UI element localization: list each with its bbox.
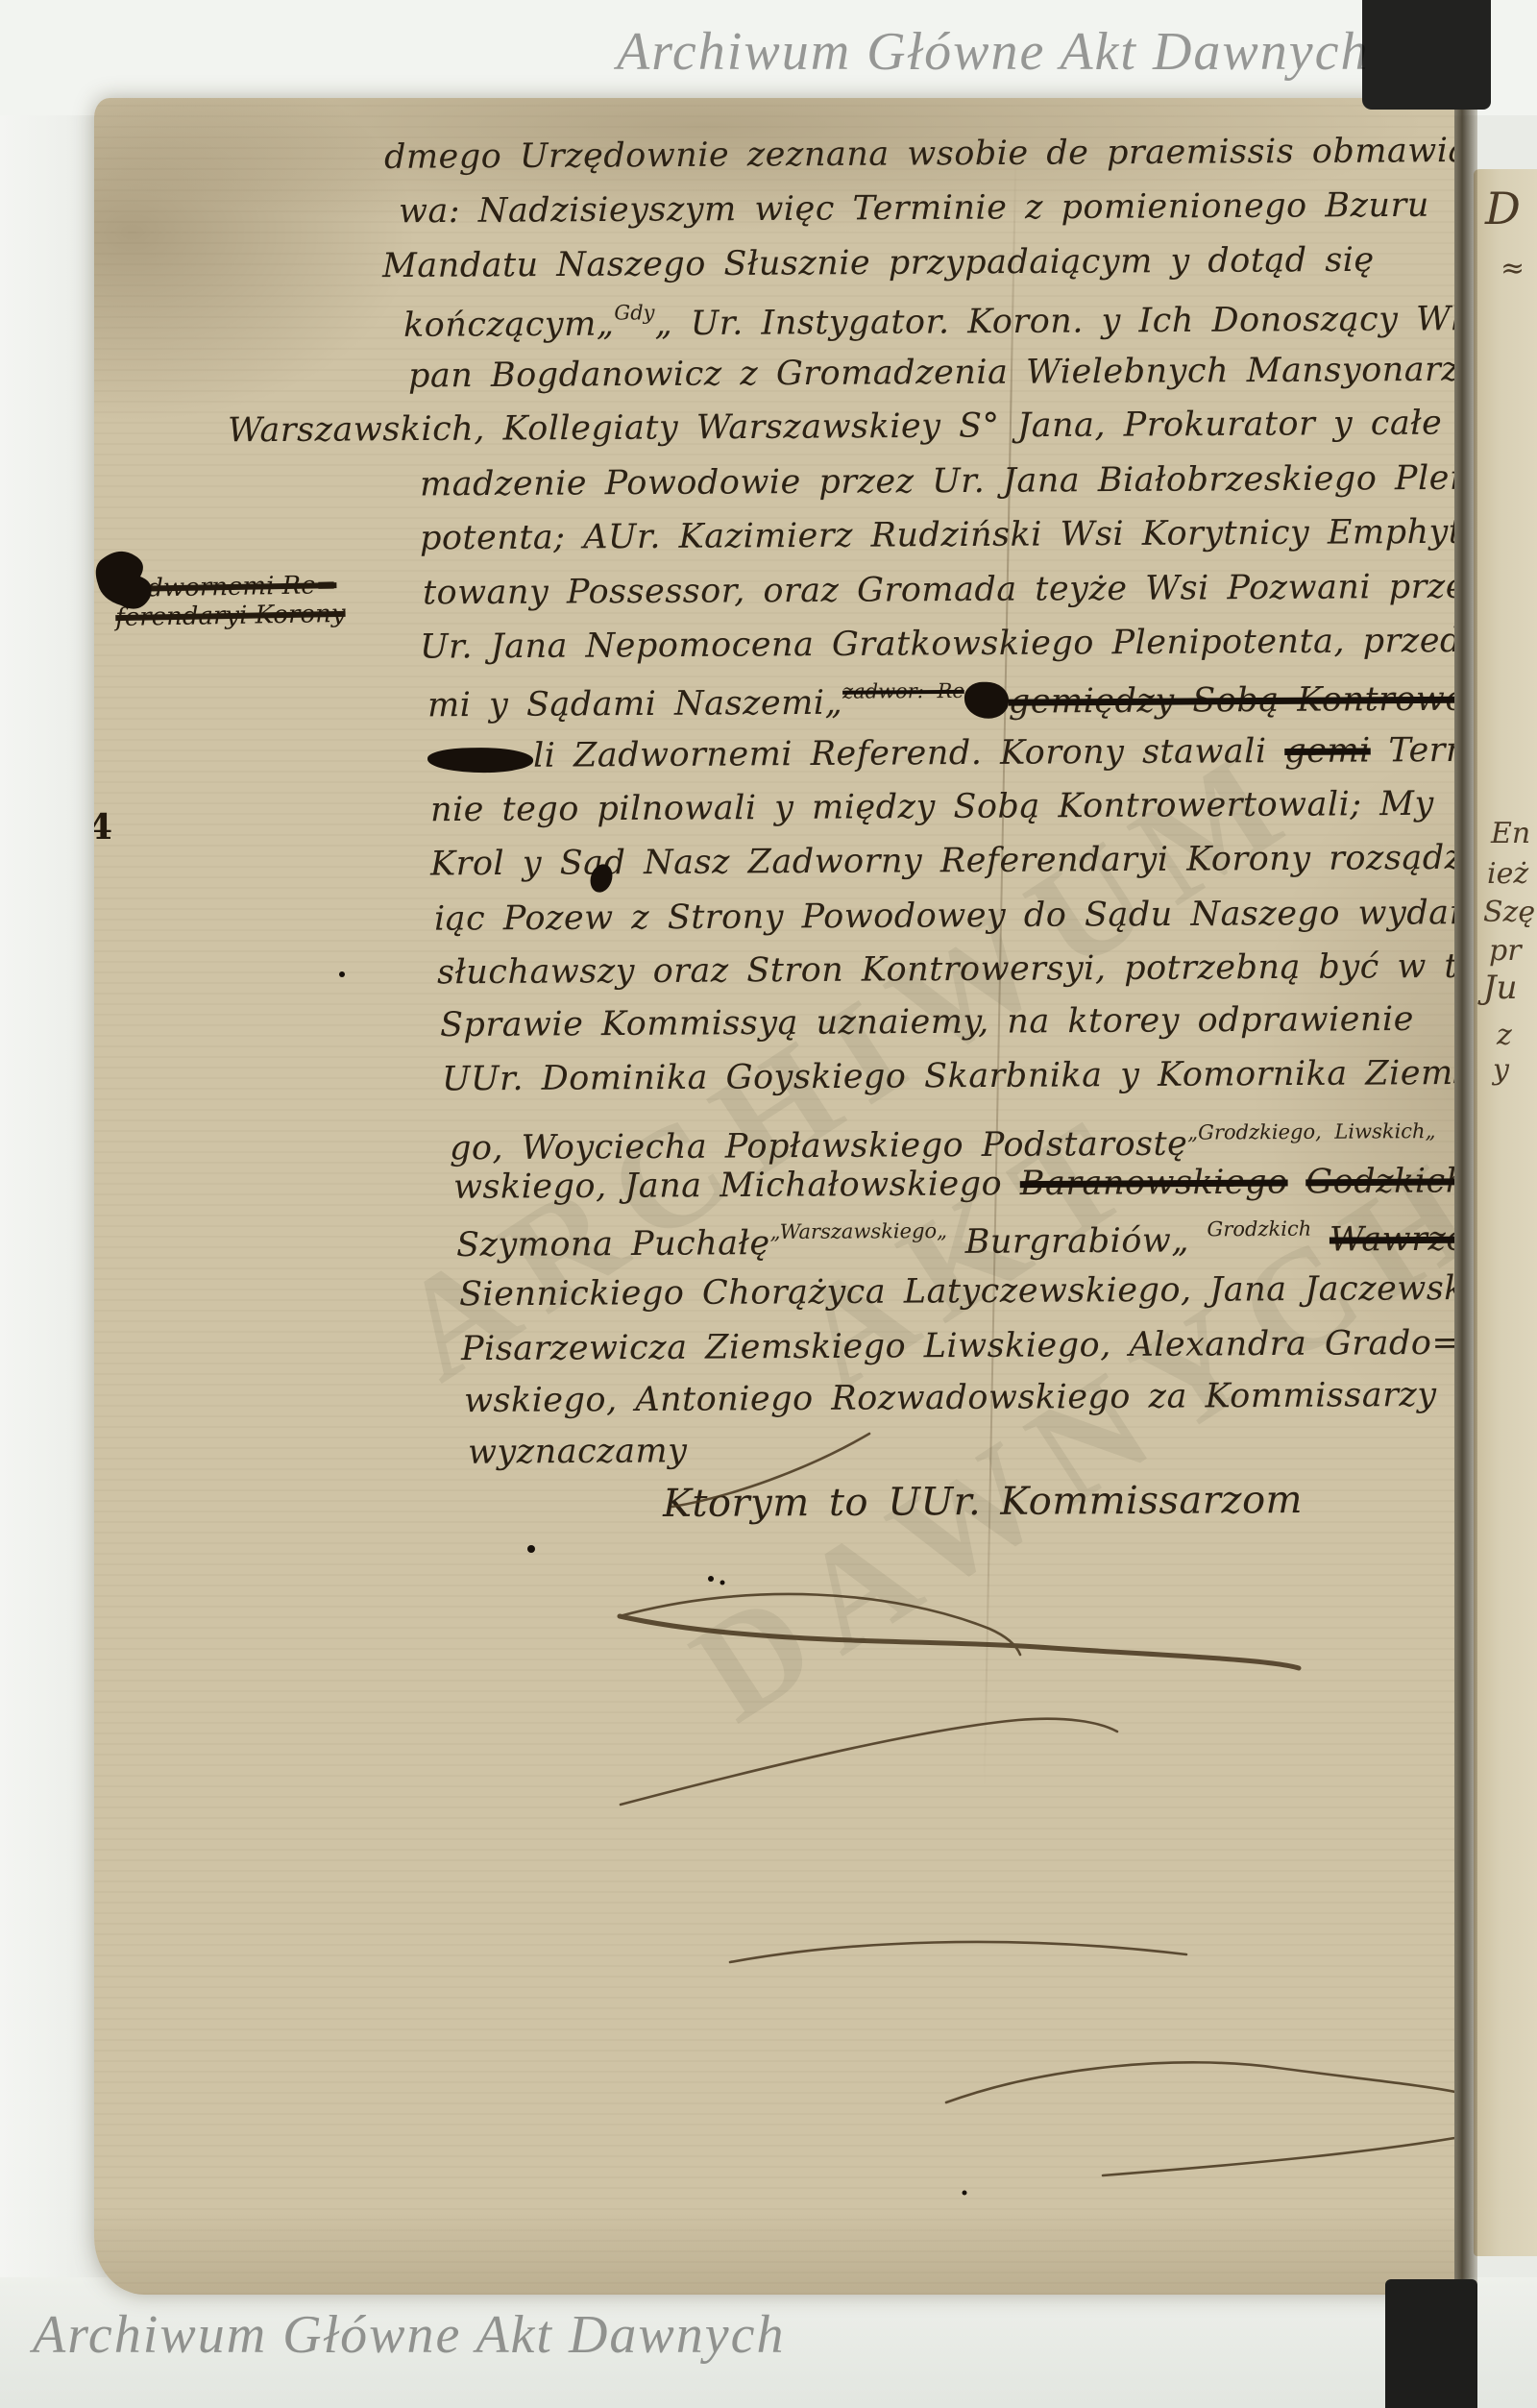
text-segment: UUr. Dominika Goyskiego Skarbnika y Komo…: [442, 1054, 1454, 1099]
manuscript-line: słuchawszy oraz Stron Kontrowersyi, potr…: [437, 947, 1454, 993]
manuscript-line: Sprawie Kommissyą uznaiemy, na ktorey od…: [440, 1000, 1414, 1044]
text-segment: madzenie Powodowie przez Ur. Jana Białob…: [420, 459, 1454, 504]
manuscript-line: towany Possessor, oraz Gromada teyże Wsi…: [423, 568, 1454, 613]
text-segment: li Zadwornemi Referend. Korony stawali: [533, 732, 1284, 775]
margin-note-line: Zadwornemi Re=: [114, 571, 336, 603]
text-segment: słuchawszy oraz Stron Kontrowersyi, potr…: [437, 947, 1454, 993]
text-segment: towany Possessor, oraz Gromada teyże Wsi…: [423, 568, 1454, 613]
text-segment: Burgrabiów„: [947, 1221, 1208, 1262]
next-page-text-fragment: ≈: [1500, 252, 1525, 285]
next-page-text-fragment: Ju: [1483, 969, 1518, 1007]
manuscript-line: kończącym„Gdy„ Ur. Instygator. Koron. y …: [403, 295, 1454, 345]
next-page-text-fragment: ież: [1487, 857, 1528, 891]
text-segment: Baranowskiego: [1020, 1163, 1288, 1203]
text-segment: wskiego, Jana Michałowskiego: [453, 1165, 1020, 1207]
text-segment: Sprawie Kommissyą uznaiemy, na ktorey od…: [440, 1000, 1414, 1044]
text-segment: iąc Pozew z Strony Powodowey do Sądu Nas…: [434, 893, 1454, 938]
manuscript-line: mi y Sądami Naszemi„zadwor: Regemiędzy S…: [427, 676, 1454, 725]
text-segment: go, Woyciecha Popławskiego Podstarostę: [450, 1125, 1188, 1168]
text-segment: Termi=: [1371, 731, 1454, 771]
text-segment: Wawrzewskiego: [1330, 1219, 1454, 1260]
flourish-arc-4-bottom: [1103, 2135, 1454, 2175]
margin-note-struck: Zadwornemi Re=ferendaryi Korony: [114, 571, 345, 632]
next-page-text-fragment: y: [1493, 1053, 1509, 1087]
next-page-text-fragment: D: [1485, 183, 1521, 234]
manuscript-line: li Zadwornemi Referend. Korony stawali g…: [427, 731, 1454, 776]
manuscript-line: pan Bogdanowicz z Gromadzenia Wielebnych…: [408, 350, 1454, 395]
manuscript-line: wskiego, Jana Michałowskiego Baranowskie…: [453, 1161, 1454, 1207]
text-segment: „Warszawskiego„: [770, 1219, 948, 1243]
text-segment: gemiędzy Sobą Kontrowo.: [1009, 680, 1454, 722]
heading-line: Ktorym to UUr. Kommissarzom: [663, 1478, 1303, 1526]
text-segment: Godzkich: [1305, 1162, 1454, 1201]
text-segment: [1287, 1163, 1305, 1201]
manuscript-line: potenta; AUr. Kazimierz Rudziński Wsi Ko…: [420, 513, 1454, 558]
text-segment: pan Bogdanowicz z Gromadzenia Wielebnych…: [408, 350, 1454, 395]
manuscript-line: Warszawskich, Kollegiaty Warszawskiey S°…: [228, 404, 1454, 451]
text-segment: zadwor: Re: [842, 679, 964, 703]
text-segment: Pisarzewicza Ziemskiego Liwskiego, Alexa…: [461, 1324, 1454, 1368]
manuscript-page: ARCHIWUMAKTDAWNYCH dmego Urzędownie zezn…: [94, 98, 1454, 2295]
archival-scan: D≈EnieżSzęprJuzy ARCHIWUMAKTDAWNYCH dmeg…: [0, 0, 1537, 2408]
manuscript-line: wa: Nadzisieyszym więc Terminie z pomien…: [399, 186, 1429, 232]
black-strip-top: [1362, 0, 1491, 110]
text-segment: Gdy: [614, 301, 654, 324]
manuscript-line: Pisarzewicza Ziemskiego Liwskiego, Alexa…: [461, 1324, 1454, 1368]
ink-speck: [963, 2191, 967, 2196]
text-segment: Mandatu Naszego Słusznie przypadaiącym y…: [382, 241, 1375, 285]
next-page-text-fragment: z: [1497, 1019, 1512, 1052]
text-segment: Warszawskich, Kollegiaty Warszawskiey S°…: [228, 404, 1454, 451]
archive-watermark-bottom: Archiwum Główne Akt Dawnych: [33, 2304, 785, 2366]
next-page-text-fragment: pr: [1489, 934, 1522, 968]
black-strip-bottom: [1385, 2279, 1477, 2408]
manuscript-line: nie tego pilnowali y między Sobą Kontrow…: [430, 785, 1434, 829]
manuscript-line: madzenie Powodowie przez Ur. Jana Białob…: [420, 459, 1454, 504]
next-page-edge: D≈EnieżSzęprJuzy: [1474, 169, 1537, 2256]
text-segment: mi y Sądami Naszemi„: [427, 684, 842, 725]
manuscript-line: Ur. Jana Nepomocena Gratkowskiego Plenip…: [420, 621, 1454, 666]
text-segment: gemi: [1284, 731, 1371, 771]
manuscript-line: iąc Pozew z Strony Powodowey do Sądu Nas…: [434, 893, 1454, 938]
manuscript-line: Mandatu Naszego Słusznie przypadaiącym y…: [382, 241, 1375, 285]
text-segment: potenta; AUr. Kazimierz Rudziński Wsi Ko…: [420, 513, 1454, 558]
text-segment: nie tego pilnowali y między Sobą Kontrow…: [430, 785, 1434, 829]
manuscript-line: Siennickiego Chorążyca Latyczewskiego, J…: [459, 1269, 1454, 1315]
text-segment: dmego Urzędownie zeznana wsobie de praem…: [384, 131, 1454, 177]
text-segment: Ktorym to UUr. Kommissarzom: [663, 1478, 1303, 1526]
manuscript-line: dmego Urzędownie zeznana wsobie de praem…: [384, 131, 1454, 177]
manuscript-line: Szymona Puchałę„Warszawskiego„ Burgrabió…: [456, 1215, 1454, 1265]
text-segment: Ur. Jana Nepomocena Gratkowskiego Plenip…: [420, 621, 1454, 666]
ink-speck: [339, 971, 345, 977]
archive-watermark-top: Archiwum Główne Akt Dawnych: [617, 21, 1369, 83]
ink-blot: [964, 682, 1009, 719]
backing-sheet-left: [0, 0, 106, 2408]
manuscript-line: wskiego, Antoniego Rozwadowskiego za Kom…: [464, 1376, 1437, 1420]
text-segment: wa: Nadzisieyszym więc Terminie z pomien…: [399, 186, 1429, 232]
text-segment: Grodzkich: [1207, 1217, 1311, 1241]
manuscript-line: wyznaczamy: [468, 1432, 688, 1471]
manuscript-line: UUr. Dominika Goyskiego Skarbnika y Komo…: [442, 1054, 1454, 1099]
ink-blot: [427, 748, 533, 774]
margin-numeral: 4: [94, 807, 112, 848]
text-segment: wyznaczamy: [468, 1432, 688, 1471]
text-segment: [1311, 1221, 1330, 1260]
next-page-text-fragment: En: [1491, 817, 1530, 850]
text-segment: Krol y Sąd Nasz Zadworny Referendaryi Ko…: [430, 839, 1454, 884]
manuscript-line: Krol y Sąd Nasz Zadworny Referendaryi Ko…: [430, 839, 1454, 884]
text-segment: „ Ur. Instygator. Koron. y Ich Donoszący…: [654, 299, 1454, 343]
text-segment: Szymona Puchałę: [456, 1224, 770, 1265]
text-segment: wskiego, Antoniego Rozwadowskiego za Kom…: [464, 1376, 1437, 1420]
text-segment: Siennickiego Chorążyca Latyczewskiego, J…: [459, 1269, 1454, 1315]
margin-note-line: ferendaryi Korony: [115, 600, 346, 632]
next-page-text-fragment: Szę: [1483, 896, 1535, 929]
text-segment: „Grodzkiego, Liwskich„: [1187, 1119, 1435, 1144]
flourish-arc-4-top: [946, 2062, 1454, 2102]
text-segment: Grzegorza: [1435, 1122, 1454, 1162]
text-segment: kończącym„: [403, 306, 615, 345]
